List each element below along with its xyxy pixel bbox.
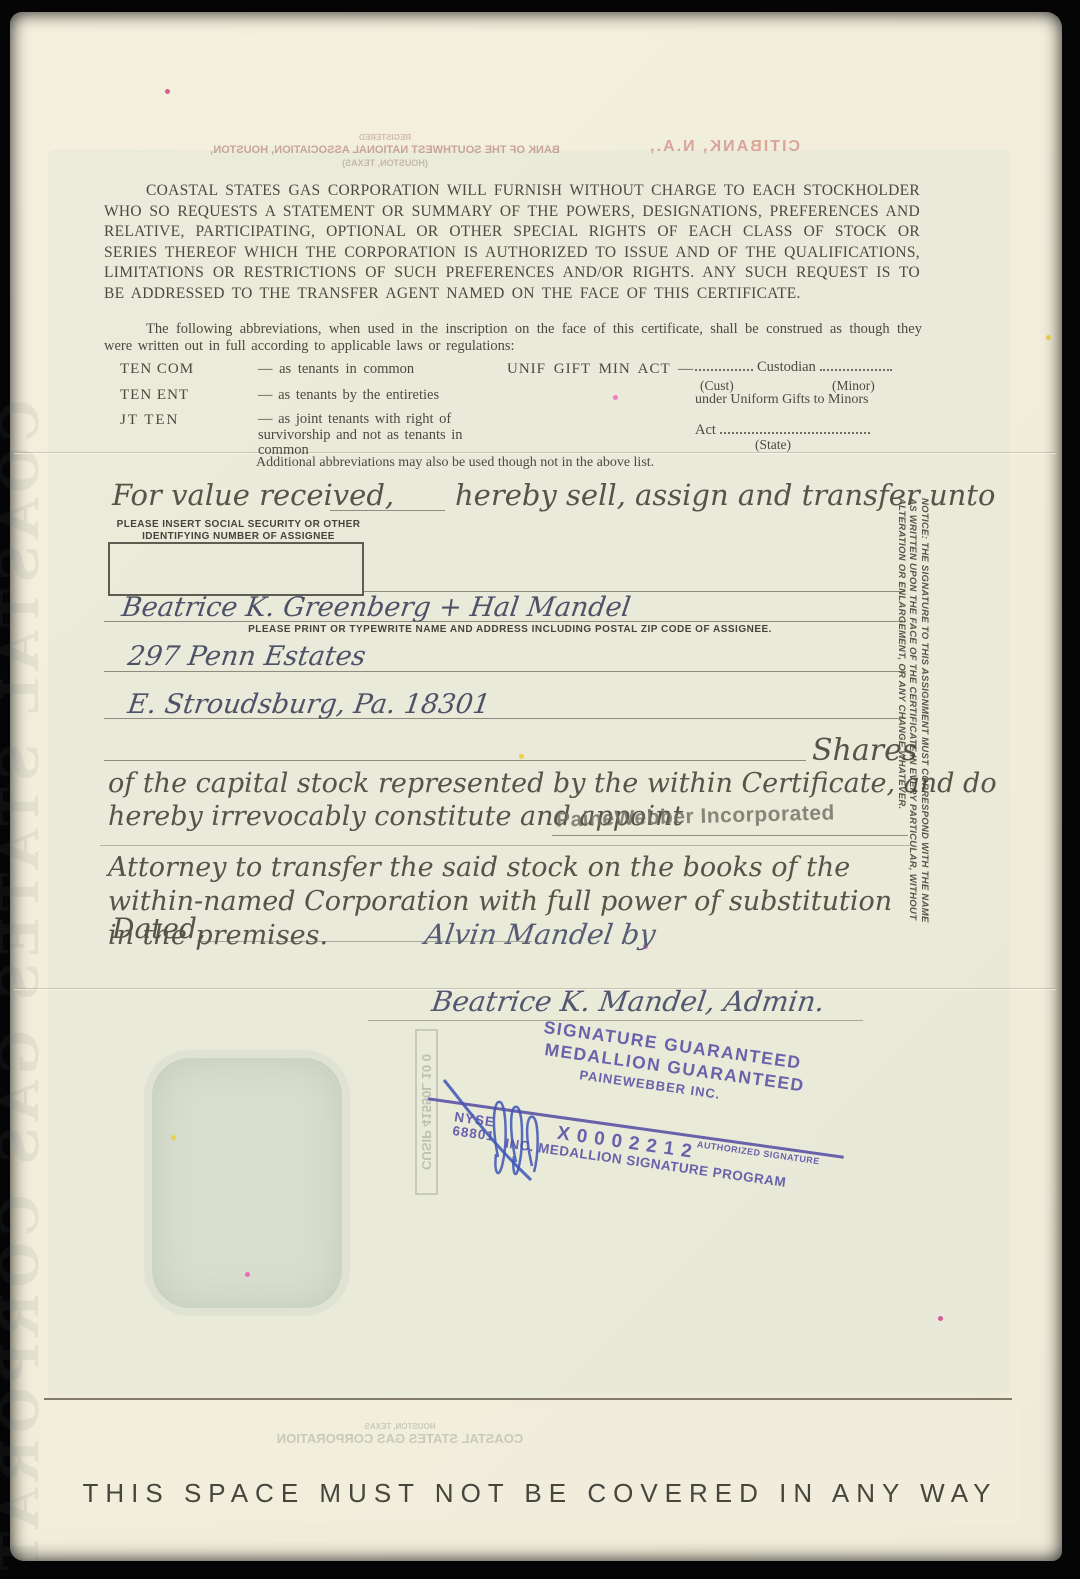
furnish-paragraph: COASTAL STATES GAS CORPORATION WILL FURN… — [104, 181, 920, 304]
assignee-name-line — [104, 621, 906, 622]
abbr-ten-ent-meaning: — as tenants by the entireties — [258, 387, 439, 404]
appoint-full-rule — [100, 845, 910, 846]
shares-blank-line — [104, 760, 806, 761]
address-line2-rule — [104, 718, 906, 719]
value-blank-line — [330, 510, 445, 511]
abbr-jt-ten: JT TEN — [120, 412, 179, 429]
address-line1-handwriting: 297 Penn Estates — [128, 641, 366, 672]
ssn-insert-label: PLEASE INSERT SOCIAL SECURITY OR OTHER I… — [106, 519, 371, 543]
additional-abbreviations-note: Additional abbreviations may also be use… — [256, 455, 654, 471]
abbr-ten-com: TEN COM — [120, 361, 194, 378]
footer-warning: THIS SPACE MUST NOT BE COVERED IN ANY WA… — [0, 1478, 1080, 1509]
side-notice: NOTICE: THE SIGNATURE TO THIS ASSIGNMENT… — [896, 498, 931, 926]
assignee-name-handwriting: Beatrice K. Greenberg + Hal Mandel — [122, 592, 630, 623]
address-line1-rule — [104, 671, 906, 672]
paper-speck — [1046, 335, 1051, 340]
address-line2-handwriting: E. Stroudsburg, Pa. 18301 — [128, 689, 490, 720]
abbr-ten-com-meaning: — as tenants in common — [258, 361, 414, 378]
capital-stock-line1: of the capital stock represented by the … — [108, 768, 997, 799]
signature-rule — [368, 1020, 863, 1021]
paper-speck — [519, 754, 524, 759]
state-caption: (State) — [755, 437, 791, 453]
paper-speck — [613, 395, 618, 400]
fold-crease — [14, 452, 1056, 453]
paper-speck — [938, 1316, 943, 1321]
unif-custodian-row: Custodian — [695, 357, 892, 376]
abbr-ten-ent: TEN ENT — [120, 387, 189, 404]
act-label: Act — [695, 422, 716, 438]
act-blank — [720, 420, 870, 434]
ssn-box — [108, 542, 364, 596]
bottom-rule — [44, 1398, 1012, 1400]
for-value-received: For value received, — [112, 478, 394, 512]
paper-speck — [165, 89, 170, 94]
dated-handwriting: Alvin Mandel by — [425, 918, 655, 951]
print-typewrite-label: PLEASE PRINT OR TYPEWRITE NAME AND ADDRE… — [160, 624, 860, 635]
appoint-blank-line — [552, 835, 908, 836]
abbr-jt-ten-meaning: — as joint tenants with right of survivo… — [258, 412, 483, 459]
unif-gift-label: UNIF GIFT MIN ACT — — [507, 361, 694, 378]
custodian-label: Custodian — [757, 359, 816, 375]
custodian-blank-right — [820, 357, 892, 371]
paper-speck — [245, 1272, 250, 1277]
abbreviations-intro: The following abbreviations, when used i… — [104, 321, 922, 355]
custodian-blank-left — [695, 357, 753, 371]
under-uniform-gifts: under Uniform Gifts to Minors — [695, 392, 868, 408]
scanned-certificate-back: REGISTERED BANK OF THE SOUTHWEST NATIONA… — [0, 0, 1080, 1579]
paper-speck — [171, 1135, 176, 1140]
dated-label: Dated, — [112, 912, 206, 945]
pen-scribble-signature — [436, 1062, 606, 1192]
